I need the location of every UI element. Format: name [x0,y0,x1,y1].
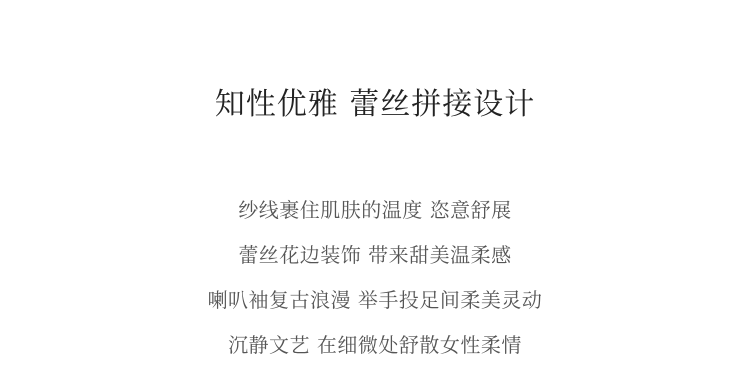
feature-line-4: 沉静文艺 在细微处舒散女性柔情 [0,323,750,368]
section-title: 知性优雅 蕾丝拼接设计 [0,0,750,126]
product-description-section: 知性优雅 蕾丝拼接设计 纱线裹住肌肤的温度 恣意舒展 蕾丝花边装饰 带来甜美温柔… [0,0,750,370]
feature-line-1: 纱线裹住肌肤的温度 恣意舒展 [0,188,750,233]
feature-line-3: 喇叭袖复古浪漫 举手投足间柔美灵动 [0,278,750,323]
feature-lines: 纱线裹住肌肤的温度 恣意舒展 蕾丝花边装饰 带来甜美温柔感 喇叭袖复古浪漫 举手… [0,188,750,368]
feature-line-2: 蕾丝花边装饰 带来甜美温柔感 [0,233,750,278]
